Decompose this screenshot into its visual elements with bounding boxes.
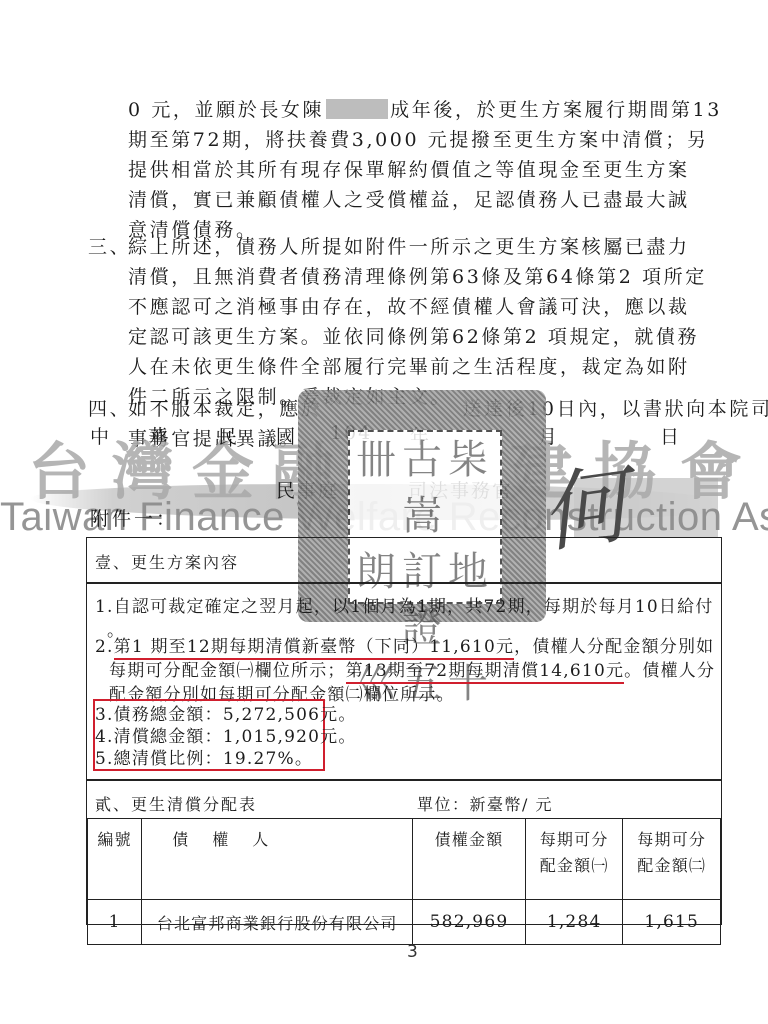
text-line: 清償，且無消費者債務清理條例第63條及第64條第2 項所定 (128, 262, 707, 292)
appendix-label: 附件一： (90, 504, 178, 531)
section-distribution-title: 貳、更生清償分配表 (95, 792, 257, 815)
text-line: 期至第72期，將扶養費3,000 元提撥至更生方案中清償；另 (128, 125, 722, 155)
distribution-table: 編號 債 權 人 債權金額 每期可分 配金額㈠ 每期可分 配金額㈡ 1 台北富邦… (87, 818, 721, 945)
divider (87, 582, 721, 584)
plan-item-2: 2.第1 期至12期每期清償新臺幣（下同）11,610元，債權人分配金額分別如 (95, 634, 714, 661)
header-line: 每期可分 (526, 827, 623, 853)
table-header-row: 編號 債 權 人 債權金額 每期可分 配金額㈠ 每期可分 配金額㈡ (88, 819, 721, 900)
section-three-marker: 三、 (88, 232, 131, 262)
text-line: 定認可該更生方案。並依同條例第62條第2 項規定，就債務 (128, 322, 707, 352)
redaction-block (326, 99, 388, 119)
item-number: 2. (95, 637, 114, 657)
paragraph-continuation: 0 元，並願於長女陳成年後，於更生方案履行期間第13 期至第72期，將扶養費3,… (128, 95, 722, 245)
cell-no: 1 (88, 900, 142, 945)
highlight-underline-2: 第13期至72期每期清償14,610元 (346, 661, 625, 684)
divider (87, 779, 721, 781)
text-line: 提供相當於其所有現存保單解約價值之等值現金至更生方案 (128, 155, 722, 185)
text-line: 綜上所述，債務人所提如附件一所示之更生方案核屬已盡力 (128, 232, 707, 262)
header-per-period-2: 每期可分 配金額㈡ (623, 819, 721, 900)
date-min: 民 (218, 422, 239, 449)
unit-label: 單位：新臺幣/ 元 (417, 792, 553, 815)
text-fragment: 每期可分配金額㈠欄位所示； (109, 661, 346, 681)
plan-item-1: 1.自認可裁定確定之翌月起，以1個月為1期，共72期，每期於每月10日給付 (95, 594, 714, 621)
date-hua: 華 (148, 422, 169, 449)
cell-per-period-1: 1,284 (525, 900, 623, 945)
text-fragment: ，債權人分配金額分別如 (514, 637, 714, 657)
text-fragment: 0 元，並願於長女陳 (128, 99, 324, 121)
plan-table-box: 壹、更生方案內容 1.自認可裁定確定之翌月起，以1個月為1期，共72期，每期於每… (86, 537, 722, 925)
section-four-marker: 四、 (88, 394, 131, 424)
text-fragment: 成年後，於更生方案履行期間第13 (390, 99, 722, 121)
text-line: 不應認可之消極事由存在，故不經債權人會議可決，應以裁 (128, 292, 707, 322)
cell-claim-amount: 582,969 (413, 900, 526, 945)
header-creditor: 債 權 人 (142, 819, 413, 900)
cell-creditor: 台北富邦商業銀行股份有限公司 (142, 900, 413, 945)
header-no: 編號 (88, 819, 142, 900)
date-zhong: 中 (90, 422, 111, 449)
page-number: 3 (407, 942, 418, 962)
text-fragment: 如不服本裁定，應於 (128, 398, 322, 420)
header-line: 配金額㈠ (526, 853, 623, 879)
text-line: 清償，實已兼顧債權人之受償權益，足認債務人已盡最大誠 (128, 185, 722, 215)
section-plan-title: 壹、更生方案內容 (95, 550, 239, 573)
cell-per-period-2: 1,615 (623, 900, 721, 945)
plan-item-2-line2: 每期可分配金額㈠欄位所示；第13期至72期每期清償14,610元。債權人分 (109, 658, 715, 685)
text-line: 人在未依更生條件全部履行完畢前之生活程度，裁定為如附 (128, 352, 707, 382)
date-ri: 日 (660, 422, 681, 449)
table-row: 1 台北富邦商業銀行股份有限公司 582,969 1,284 1,615 (88, 900, 721, 945)
header-line: 配金額㈡ (623, 853, 720, 879)
text-fragment: 。債權人分 (624, 661, 715, 681)
header-line: 每期可分 (623, 827, 720, 853)
plan-item-5-repayment-ratio: 5.總清償比例：19.27%。 (95, 746, 313, 773)
header-claim-amount: 債權金額 (413, 819, 526, 900)
date-guo: 國 (276, 422, 297, 449)
text-line: 0 元，並願於長女陳成年後，於更生方案履行期間第13 (128, 95, 722, 125)
plan-item-1-line1: 1.自認可裁定確定之翌月起，以1個月為1期，共72期，每期於每月10日給付 (95, 597, 714, 617)
header-per-period-1: 每期可分 配金額㈠ (525, 819, 623, 900)
highlight-underline-1: 第1 期至12期每期清償新臺幣（下同）11,610元 (114, 637, 515, 660)
section-three-body: 綜上所述，債務人所提如附件一所示之更生方案核屬已盡力 清償，且無消費者債務清理條… (128, 232, 707, 412)
